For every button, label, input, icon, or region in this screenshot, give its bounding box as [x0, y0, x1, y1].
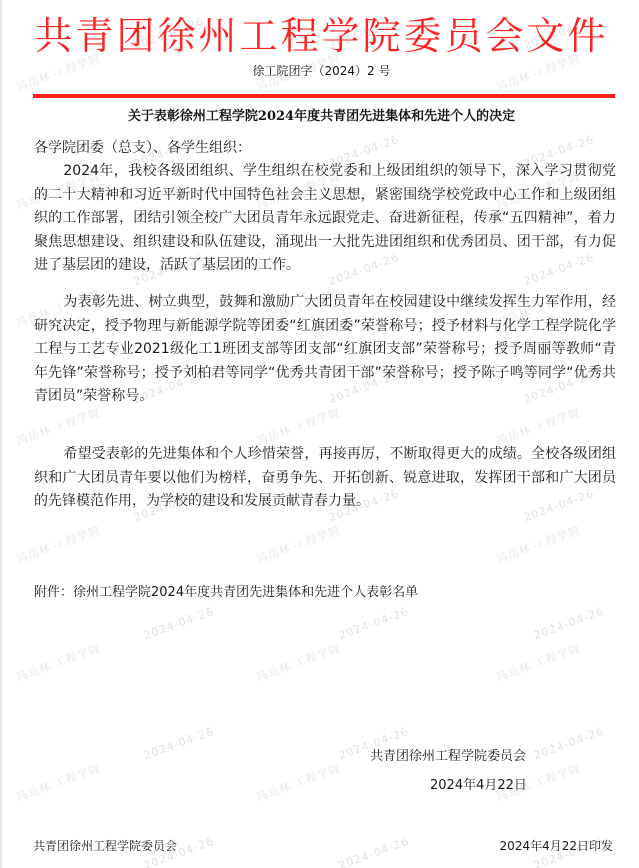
signature-date: 2024年4月22日: [430, 776, 527, 796]
body-paragraph-2: 为表彰先进、树立典型，鼓舞和激励广大团员青年在校园建设中继续发挥生力军作用，经研…: [34, 291, 616, 409]
document-page: 2024-04-26 2024-04-26 2024-04-26 冯岳林 工程学…: [0, 0, 639, 868]
footer-print-date: 2024年4月22日印发: [500, 837, 613, 855]
footer-organization: 共青团徐州工程学院委员会: [33, 837, 177, 855]
salutation: 各学院团委（总支）、各学生组织：: [34, 137, 251, 159]
decision-title: 关于表彰徐州工程学院2024年度共青团先进集体和先进个人的决定: [2, 107, 639, 127]
red-header-rule: [33, 94, 615, 98]
signature-organization: 共青团徐州工程学院委员会: [370, 747, 526, 767]
attachment-note: 附件：徐州工程学院2024年度共青团先进集体和先进个人表彰名单: [34, 583, 418, 603]
body-paragraph-1: 2024年，我校各级团组织、学生组织在校党委和上级团组织的领导下，深入学习贯彻党…: [34, 160, 616, 278]
document-header-title: 共青团徐州工程学院委员会文件: [2, 8, 639, 64]
document-number: 徐工院团字（2024）2 号: [2, 62, 639, 80]
document-content: 共青团徐州工程学院委员会文件 徐工院团字（2024）2 号 关于表彰徐州工程学院…: [2, 0, 639, 868]
body-paragraph-3: 希望受表彰的先进集体和个人珍惜荣誉，再接再厉，不断取得更大的成绩。全校各级团组织…: [34, 443, 616, 514]
